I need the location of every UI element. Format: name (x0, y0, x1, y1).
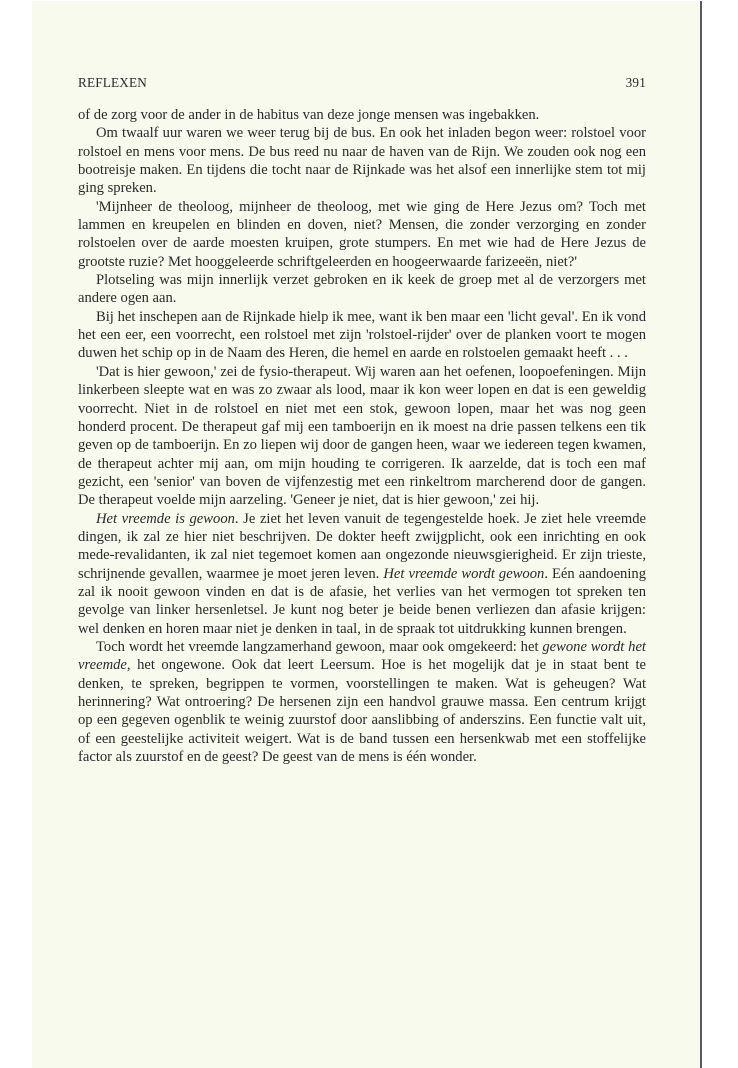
text-segment: 'Mijnheer de theoloog, mijnheer de theol… (78, 199, 646, 270)
page-number: 391 (626, 75, 646, 91)
italic-emphasis: Het vreemde is gewoon (96, 511, 235, 527)
book-page: REFLEXEN 391 of de zorg voor de ander in… (32, 1, 702, 1068)
text-segment: Toch wordt het vreemde langzamerhand gew… (96, 639, 542, 655)
body-text: of de zorg voor de ander in de habitus v… (78, 106, 646, 766)
paragraph: 'Dat is hier gewoon,' zei de fysio-thera… (78, 363, 646, 510)
text-segment: Plotseling was mijn innerlijk verzet geb… (78, 272, 646, 306)
italic-emphasis: Het vreemde wordt gewoon (383, 566, 544, 582)
paragraph: Toch wordt het vreemde langzamerhand gew… (78, 638, 646, 766)
paragraph: Om twaalf uur waren we weer terug bij de… (78, 124, 646, 197)
paragraph: Bij het inschepen aan de Rijnkade hielp … (78, 308, 646, 363)
paragraph: 'Mijnheer de theoloog, mijnheer de theol… (78, 198, 646, 271)
text-segment: Bij het inschepen aan de Rijnkade hielp … (78, 309, 646, 362)
text-segment: of de zorg voor de ander in de habitus v… (78, 107, 539, 123)
text-segment: , het ongewone. Ook dat leert Leersum. H… (78, 657, 646, 765)
text-segment: 'Dat is hier gewoon,' zei de fysio-thera… (78, 364, 646, 508)
text-segment: Om twaalf uur waren we weer terug bij de… (78, 125, 646, 196)
scanned-document: REFLEXEN 391 of de zorg voor de ander in… (0, 0, 738, 1068)
running-head: REFLEXEN 391 (78, 75, 646, 93)
paragraph: Het vreemde is gewoon. Je ziet het leven… (78, 510, 646, 638)
running-head-title: REFLEXEN (78, 75, 147, 91)
paragraph: of de zorg voor de ander in de habitus v… (78, 106, 646, 124)
paragraph: Plotseling was mijn innerlijk verzet geb… (78, 271, 646, 308)
